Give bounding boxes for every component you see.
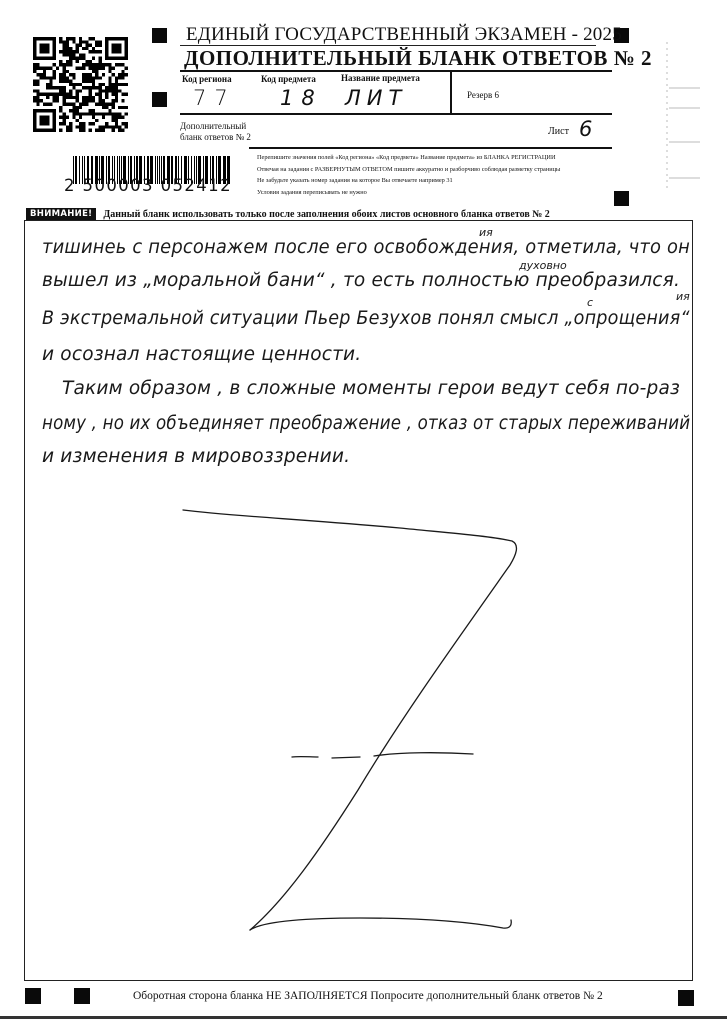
region-code-field[interactable]: 77 (193, 86, 236, 110)
answer-line: и изменения в мировоззрении. (42, 446, 350, 467)
answer-insertion: духовно (519, 259, 567, 272)
registration-marker-bottom-left-2 (74, 988, 90, 1004)
answer-insertion: с (587, 296, 593, 309)
header-rule-top (180, 70, 612, 72)
registration-marker-bottom-left-1 (25, 988, 41, 1004)
answer-insertion: ия (479, 226, 493, 239)
sheet-label: Лист (548, 126, 569, 137)
bottom-rule (0, 1016, 727, 1019)
answer-line: тишинеь с персонажем после его освобожде… (42, 237, 690, 258)
subject-code-label: Код предмета (261, 74, 316, 84)
margin-timing-marks (660, 40, 720, 190)
sheet-rule (249, 147, 612, 149)
qr-code (33, 37, 128, 132)
answer-line: и осознал настоящие ценности. (42, 344, 361, 365)
footer-notice: Оборотная сторона бланка НЕ ЗАПОЛНЯЕТСЯ … (133, 990, 603, 1002)
subject-name-label: Название предмета (341, 73, 420, 83)
attention-text: Данный бланк использовать только после з… (103, 209, 549, 220)
attention-badge: ВНИМАНИЕ! (26, 208, 96, 220)
answer-insertion: ия (676, 290, 690, 303)
subject-code-field[interactable]: 18 (280, 86, 323, 110)
answer-line: вышел из „моральной бани“ , то есть полн… (42, 270, 680, 291)
registration-marker-barcode-right (614, 191, 629, 206)
sheet-number-field[interactable]: 6 (579, 117, 592, 141)
exam-title: ЕДИНЫЙ ГОСУДАРСТВЕННЫЙ ЭКЗАМЕН - 2025 (186, 24, 622, 46)
answer-line: Таким образом , в сложные моменты герои … (62, 378, 680, 399)
registration-marker-bottom-right (678, 990, 694, 1006)
instruction-line: Условия задания переписывать не нужно (257, 187, 560, 199)
instructions: Перепишите значения полей «Код региона» … (257, 152, 560, 198)
instruction-line: Перепишите значения полей «Код региона» … (257, 152, 560, 164)
form-sublabel: Дополнительный бланк ответов № 2 (180, 121, 251, 143)
instruction-line: Отвечая на задания с РАЗВЕРНУТЫМ ОТВЕТОМ… (257, 164, 560, 176)
header-rule-bottom (180, 113, 612, 115)
region-code-label: Код региона (182, 74, 232, 84)
header-divider (450, 70, 452, 114)
answer-line: В экстремальной ситуации Пьер Безухов по… (42, 308, 690, 329)
answer-area[interactable] (24, 220, 693, 981)
registration-marker-top-left (152, 28, 167, 43)
answer-line: ному , но их объединяет преображение , о… (42, 413, 690, 434)
subject-name-field[interactable]: ЛИТ (345, 86, 407, 110)
attention-notice: ВНИМАНИЕ! Данный бланк использовать толь… (26, 208, 550, 220)
reserve-field: Резерв 6 (467, 90, 499, 100)
form-title: ДОПОЛНИТЕЛЬНЫЙ БЛАНК ОТВЕТОВ № 2 (184, 46, 652, 71)
registration-marker-mid-left (152, 92, 167, 107)
barcode-number: 2 500003 052412 (64, 176, 232, 195)
instruction-line: Не забудьте указать номер задания на кот… (257, 175, 560, 187)
